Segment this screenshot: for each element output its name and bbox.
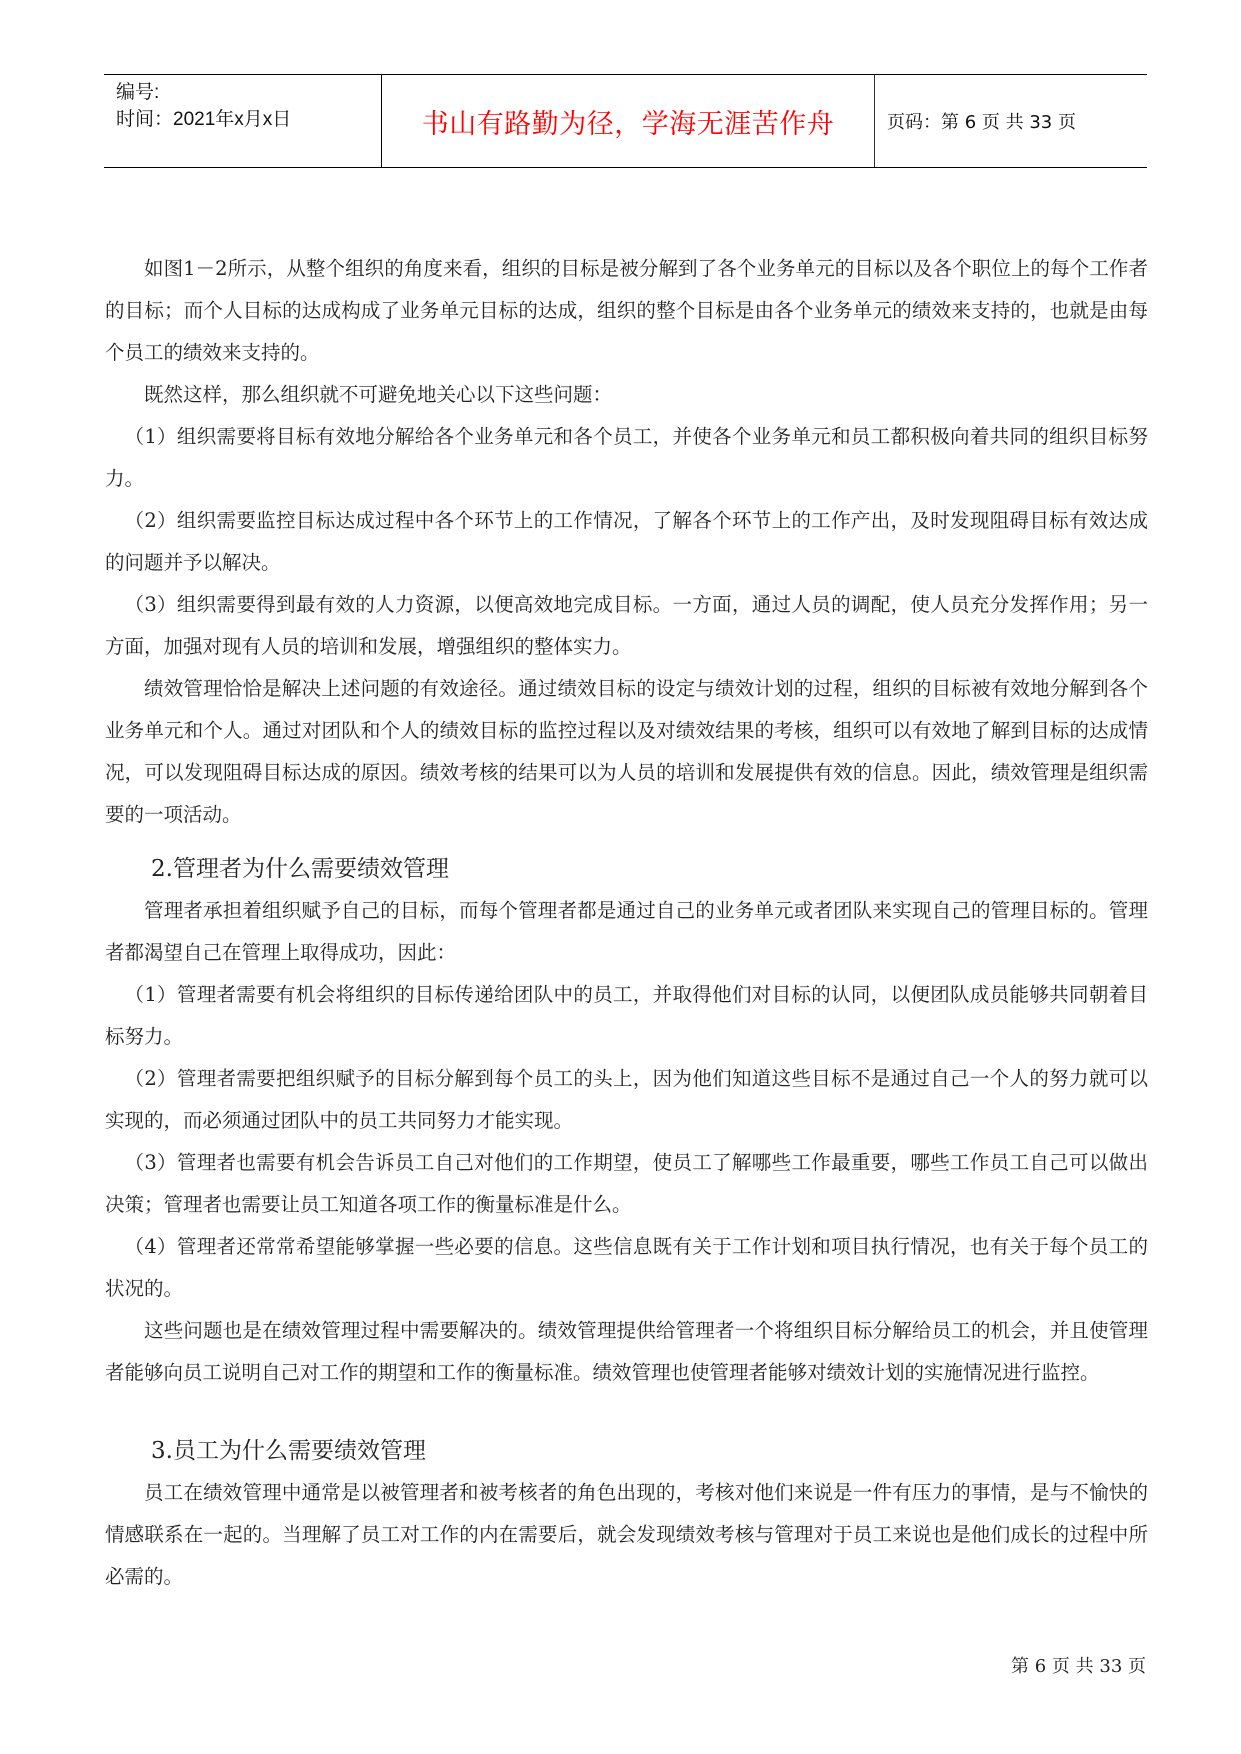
page-footer: 第 6 页 共 33 页 [1011,1652,1146,1678]
list-item: （4）管理者还常常希望能够掌握一些必要的信息。这些信息既有关于工作计划和项目执行… [105,1226,1148,1310]
list-item: （2）组织需要监控目标达成过程中各个环节上的工作情况，了解各个环节上的工作产出，… [105,500,1148,584]
paragraph: 管理者承担着组织赋予自己的目标，而每个管理者都是通过自己的业务单元或者团队来实现… [105,890,1148,974]
paragraph: 如图1－2所示，从整个组织的角度来看，组织的目标是被分解到了各个业务单元的目标以… [105,248,1148,374]
section-heading: 2.管理者为什么需要绩效管理 [105,848,1148,890]
list-item: （2）管理者需要把组织赋予的目标分解到每个员工的头上，因为他们知道这些目标不是通… [105,1058,1148,1142]
list-item: （3）管理者也需要有机会告诉员工自己对他们的工作期望，使员工了解哪些工作最重要，… [105,1142,1148,1226]
list-item: （1）组织需要将目标有效地分解给各个业务单元和各个员工，并使各个业务单元和员工都… [105,416,1148,500]
header-meta: 编号: 时间：2021年x月x日 [104,75,382,167]
document-number-label: 编号: [116,79,381,106]
document-date-label: 时间：2021年x月x日 [116,106,381,133]
page-header: 编号: 时间：2021年x月x日 书山有路勤为径，学海无涯苦作舟 页码：第 6 … [104,74,1147,168]
section-heading: 3.员工为什么需要绩效管理 [105,1430,1148,1472]
paragraph: 员工在绩效管理中通常是以被管理者和被考核者的角色出现的，考核对他们来说是一件有压… [105,1472,1148,1598]
header-motto: 书山有路勤为径，学海无涯苦作舟 [382,75,875,167]
list-item: （1）管理者需要有机会将组织的目标传递给团队中的员工，并取得他们对目标的认同，以… [105,974,1148,1058]
paragraph: 绩效管理恰恰是解决上述问题的有效途径。通过绩效目标的设定与绩效计划的过程，组织的… [105,668,1148,836]
document-body: 如图1－2所示，从整个组织的角度来看，组织的目标是被分解到了各个业务单元的目标以… [105,248,1148,1598]
header-page-info: 页码：第 6 页 共 33 页 [875,75,1147,167]
paragraph: 这些问题也是在绩效管理过程中需要解决的。绩效管理提供给管理者一个将组织目标分解给… [105,1310,1148,1394]
paragraph: 既然这样，那么组织就不可避免地关心以下这些问题： [105,374,1148,416]
list-item: （3）组织需要得到最有效的人力资源，以便高效地完成目标。一方面，通过人员的调配，… [105,584,1148,668]
